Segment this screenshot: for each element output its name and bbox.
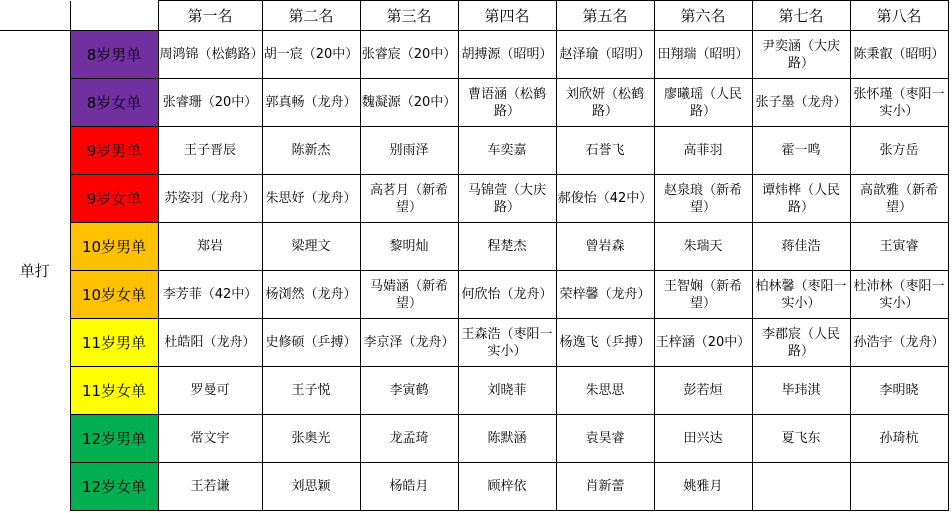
table-row: 9岁男单王子晋辰陈新杰别雨泽车奕嘉石誉飞高菲羽霍一鸣张方岳 — [0, 127, 948, 175]
col-header-7: 第七名 — [752, 1, 850, 31]
result-cell: 彭若烜 — [654, 367, 752, 415]
result-cell: 别雨泽 — [360, 127, 458, 175]
result-cell: 张怀瑾（枣阳一实小） — [850, 79, 948, 127]
result-cell: 胡搏源（昭明） — [458, 31, 556, 79]
results-table: 第一名 第二名 第三名 第四名 第五名 第六名 第七名 第八名 单打8岁男单周鸿… — [0, 0, 949, 511]
result-cell: 郝俊怡（42中） — [556, 175, 654, 223]
result-cell: 尹奕涵（大庆路） — [752, 31, 850, 79]
result-cell: 赵泽瑜（昭明） — [556, 31, 654, 79]
category-label: 8岁男单 — [70, 31, 158, 79]
result-cell: 朱思思 — [556, 367, 654, 415]
result-cell: 袁昊睿 — [556, 415, 654, 463]
table-row: 12岁女单王若谦刘思颖杨皓月顾梓依肖新蕾姚雅月 — [0, 463, 948, 511]
col-header-3: 第三名 — [360, 1, 458, 31]
table-row: 11岁男单杜皓阳（龙舟）史修硕（乒搏）李京泽（龙舟）王森浩（枣阳一实小）杨逸飞（… — [0, 319, 948, 367]
category-label: 12岁女单 — [70, 463, 158, 511]
result-cell: 顾梓依 — [458, 463, 556, 511]
col-header-5: 第五名 — [556, 1, 654, 31]
result-cell: 石誉飞 — [556, 127, 654, 175]
result-cell: 王梓涵（20中） — [654, 319, 752, 367]
result-cell: 王若谦 — [158, 463, 262, 511]
result-cell: 李明晓 — [850, 367, 948, 415]
result-cell: 柏林馨（枣阳一实小） — [752, 271, 850, 319]
result-cell: 李京泽（龙舟） — [360, 319, 458, 367]
result-cell: 刘欣妍（松鹤路） — [556, 79, 654, 127]
result-cell: 孙浩宇（龙舟） — [850, 319, 948, 367]
result-cell: 陈默涵 — [458, 415, 556, 463]
result-cell: 李寅鹤 — [360, 367, 458, 415]
result-cell: 王智娴（新希望） — [654, 271, 752, 319]
result-cell: 李芳菲（42中） — [158, 271, 262, 319]
result-cell: 刘思颖 — [262, 463, 360, 511]
result-cell: 高菲羽 — [654, 127, 752, 175]
group-label: 单打 — [0, 31, 70, 511]
result-cell: 曹语涵（松鹤路） — [458, 79, 556, 127]
result-cell: 杜沛林（枣阳一实小） — [850, 271, 948, 319]
table-row: 12岁男单常文宇张奥光龙孟琦陈默涵袁昊睿田兴达夏飞东孙琦杭 — [0, 415, 948, 463]
result-cell: 夏飞东 — [752, 415, 850, 463]
result-cell: 曾岩森 — [556, 223, 654, 271]
result-cell: 刘晓菲 — [458, 367, 556, 415]
category-label: 11岁女单 — [70, 367, 158, 415]
result-cell: 张睿宸（20中） — [360, 31, 458, 79]
table-row: 10岁男单郑岩梁理文黎明灿程楚杰曾岩森朱瑞天蒋佳浩王寅睿 — [0, 223, 948, 271]
result-cell: 史修硕（乒搏） — [262, 319, 360, 367]
result-cell: 胡一宸（20中） — [262, 31, 360, 79]
result-cell: 王寅睿 — [850, 223, 948, 271]
result-cell: 王子悦 — [262, 367, 360, 415]
result-cell: 郭真畅（龙舟） — [262, 79, 360, 127]
result-cell: 朱思妤（龙舟） — [262, 175, 360, 223]
result-cell: 田兴达 — [654, 415, 752, 463]
result-cell: 毕玮淇 — [752, 367, 850, 415]
result-cell: 何欣怡（龙舟） — [458, 271, 556, 319]
result-cell: 张奥光 — [262, 415, 360, 463]
result-cell: 杨逸飞（乒搏） — [556, 319, 654, 367]
result-cell: 张子墨（龙舟） — [752, 79, 850, 127]
result-cell: 程楚杰 — [458, 223, 556, 271]
result-cell: 蒋佳浩 — [752, 223, 850, 271]
result-cell: 陈新杰 — [262, 127, 360, 175]
table-row: 11岁女单罗曼可王子悦李寅鹤刘晓菲朱思思彭若烜毕玮淇李明晓 — [0, 367, 948, 415]
category-label: 12岁男单 — [70, 415, 158, 463]
result-cell: 龙孟琦 — [360, 415, 458, 463]
result-cell: 黎明灿 — [360, 223, 458, 271]
result-cell: 高茗月（新希望） — [360, 175, 458, 223]
category-label: 11岁男单 — [70, 319, 158, 367]
result-cell: 杜皓阳（龙舟） — [158, 319, 262, 367]
table-row: 8岁女单张睿珊（20中）郭真畅（龙舟）魏凝源（20中）曹语涵（松鹤路）刘欣妍（松… — [0, 79, 948, 127]
result-cell: 李郡宸（人民路） — [752, 319, 850, 367]
result-cell: 马锦萱（大庆路） — [458, 175, 556, 223]
col-header-2: 第二名 — [262, 1, 360, 31]
result-cell: 王森浩（枣阳一实小） — [458, 319, 556, 367]
corner-cell — [0, 1, 70, 31]
result-cell: 梁理文 — [262, 223, 360, 271]
corner-cell-2 — [70, 1, 158, 31]
result-cell: 荣梓馨（龙舟） — [556, 271, 654, 319]
col-header-4: 第四名 — [458, 1, 556, 31]
result-cell: 张方岳 — [850, 127, 948, 175]
table-row: 9岁女单苏姿羽（龙舟）朱思妤（龙舟）高茗月（新希望）马锦萱（大庆路）郝俊怡（42… — [0, 175, 948, 223]
result-cell: 罗曼可 — [158, 367, 262, 415]
col-header-1: 第一名 — [158, 1, 262, 31]
result-cell: 田翔瑞（昭明） — [654, 31, 752, 79]
result-cell: 张睿珊（20中） — [158, 79, 262, 127]
category-label: 9岁男单 — [70, 127, 158, 175]
result-cell: 朱瑞天 — [654, 223, 752, 271]
result-cell — [850, 463, 948, 511]
result-cell: 王子晋辰 — [158, 127, 262, 175]
result-cell: 肖新蕾 — [556, 463, 654, 511]
result-cell: 苏姿羽（龙舟） — [158, 175, 262, 223]
result-cell: 陈秉叡（昭明） — [850, 31, 948, 79]
table-row: 单打8岁男单周鸿锦（松鹤路）胡一宸（20中）张睿宸（20中）胡搏源（昭明）赵泽瑜… — [0, 31, 948, 79]
result-cell: 孙琦杭 — [850, 415, 948, 463]
result-cell: 杨皓月 — [360, 463, 458, 511]
result-cell: 马婧涵（新希望） — [360, 271, 458, 319]
table-row: 10岁女单李芳菲（42中）杨浏然（龙舟）马婧涵（新希望）何欣怡（龙舟）荣梓馨（龙… — [0, 271, 948, 319]
category-label: 9岁女单 — [70, 175, 158, 223]
result-cell: 郑岩 — [158, 223, 262, 271]
category-label: 10岁女单 — [70, 271, 158, 319]
col-header-8: 第八名 — [850, 1, 948, 31]
result-cell: 高歆雅（新希望） — [850, 175, 948, 223]
result-cell: 常文宇 — [158, 415, 262, 463]
result-cell: 谭炜桦（人民路） — [752, 175, 850, 223]
col-header-6: 第六名 — [654, 1, 752, 31]
category-label: 10岁男单 — [70, 223, 158, 271]
result-cell: 赵泉琅（新希望） — [654, 175, 752, 223]
result-cell: 姚雅月 — [654, 463, 752, 511]
result-cell: 廖曦瑶（人民路） — [654, 79, 752, 127]
header-row: 第一名 第二名 第三名 第四名 第五名 第六名 第七名 第八名 — [0, 1, 948, 31]
result-cell: 杨浏然（龙舟） — [262, 271, 360, 319]
result-cell — [752, 463, 850, 511]
result-cell: 车奕嘉 — [458, 127, 556, 175]
result-cell: 霍一鸣 — [752, 127, 850, 175]
category-label: 8岁女单 — [70, 79, 158, 127]
result-cell: 周鸿锦（松鹤路） — [158, 31, 262, 79]
result-cell: 魏凝源（20中） — [360, 79, 458, 127]
